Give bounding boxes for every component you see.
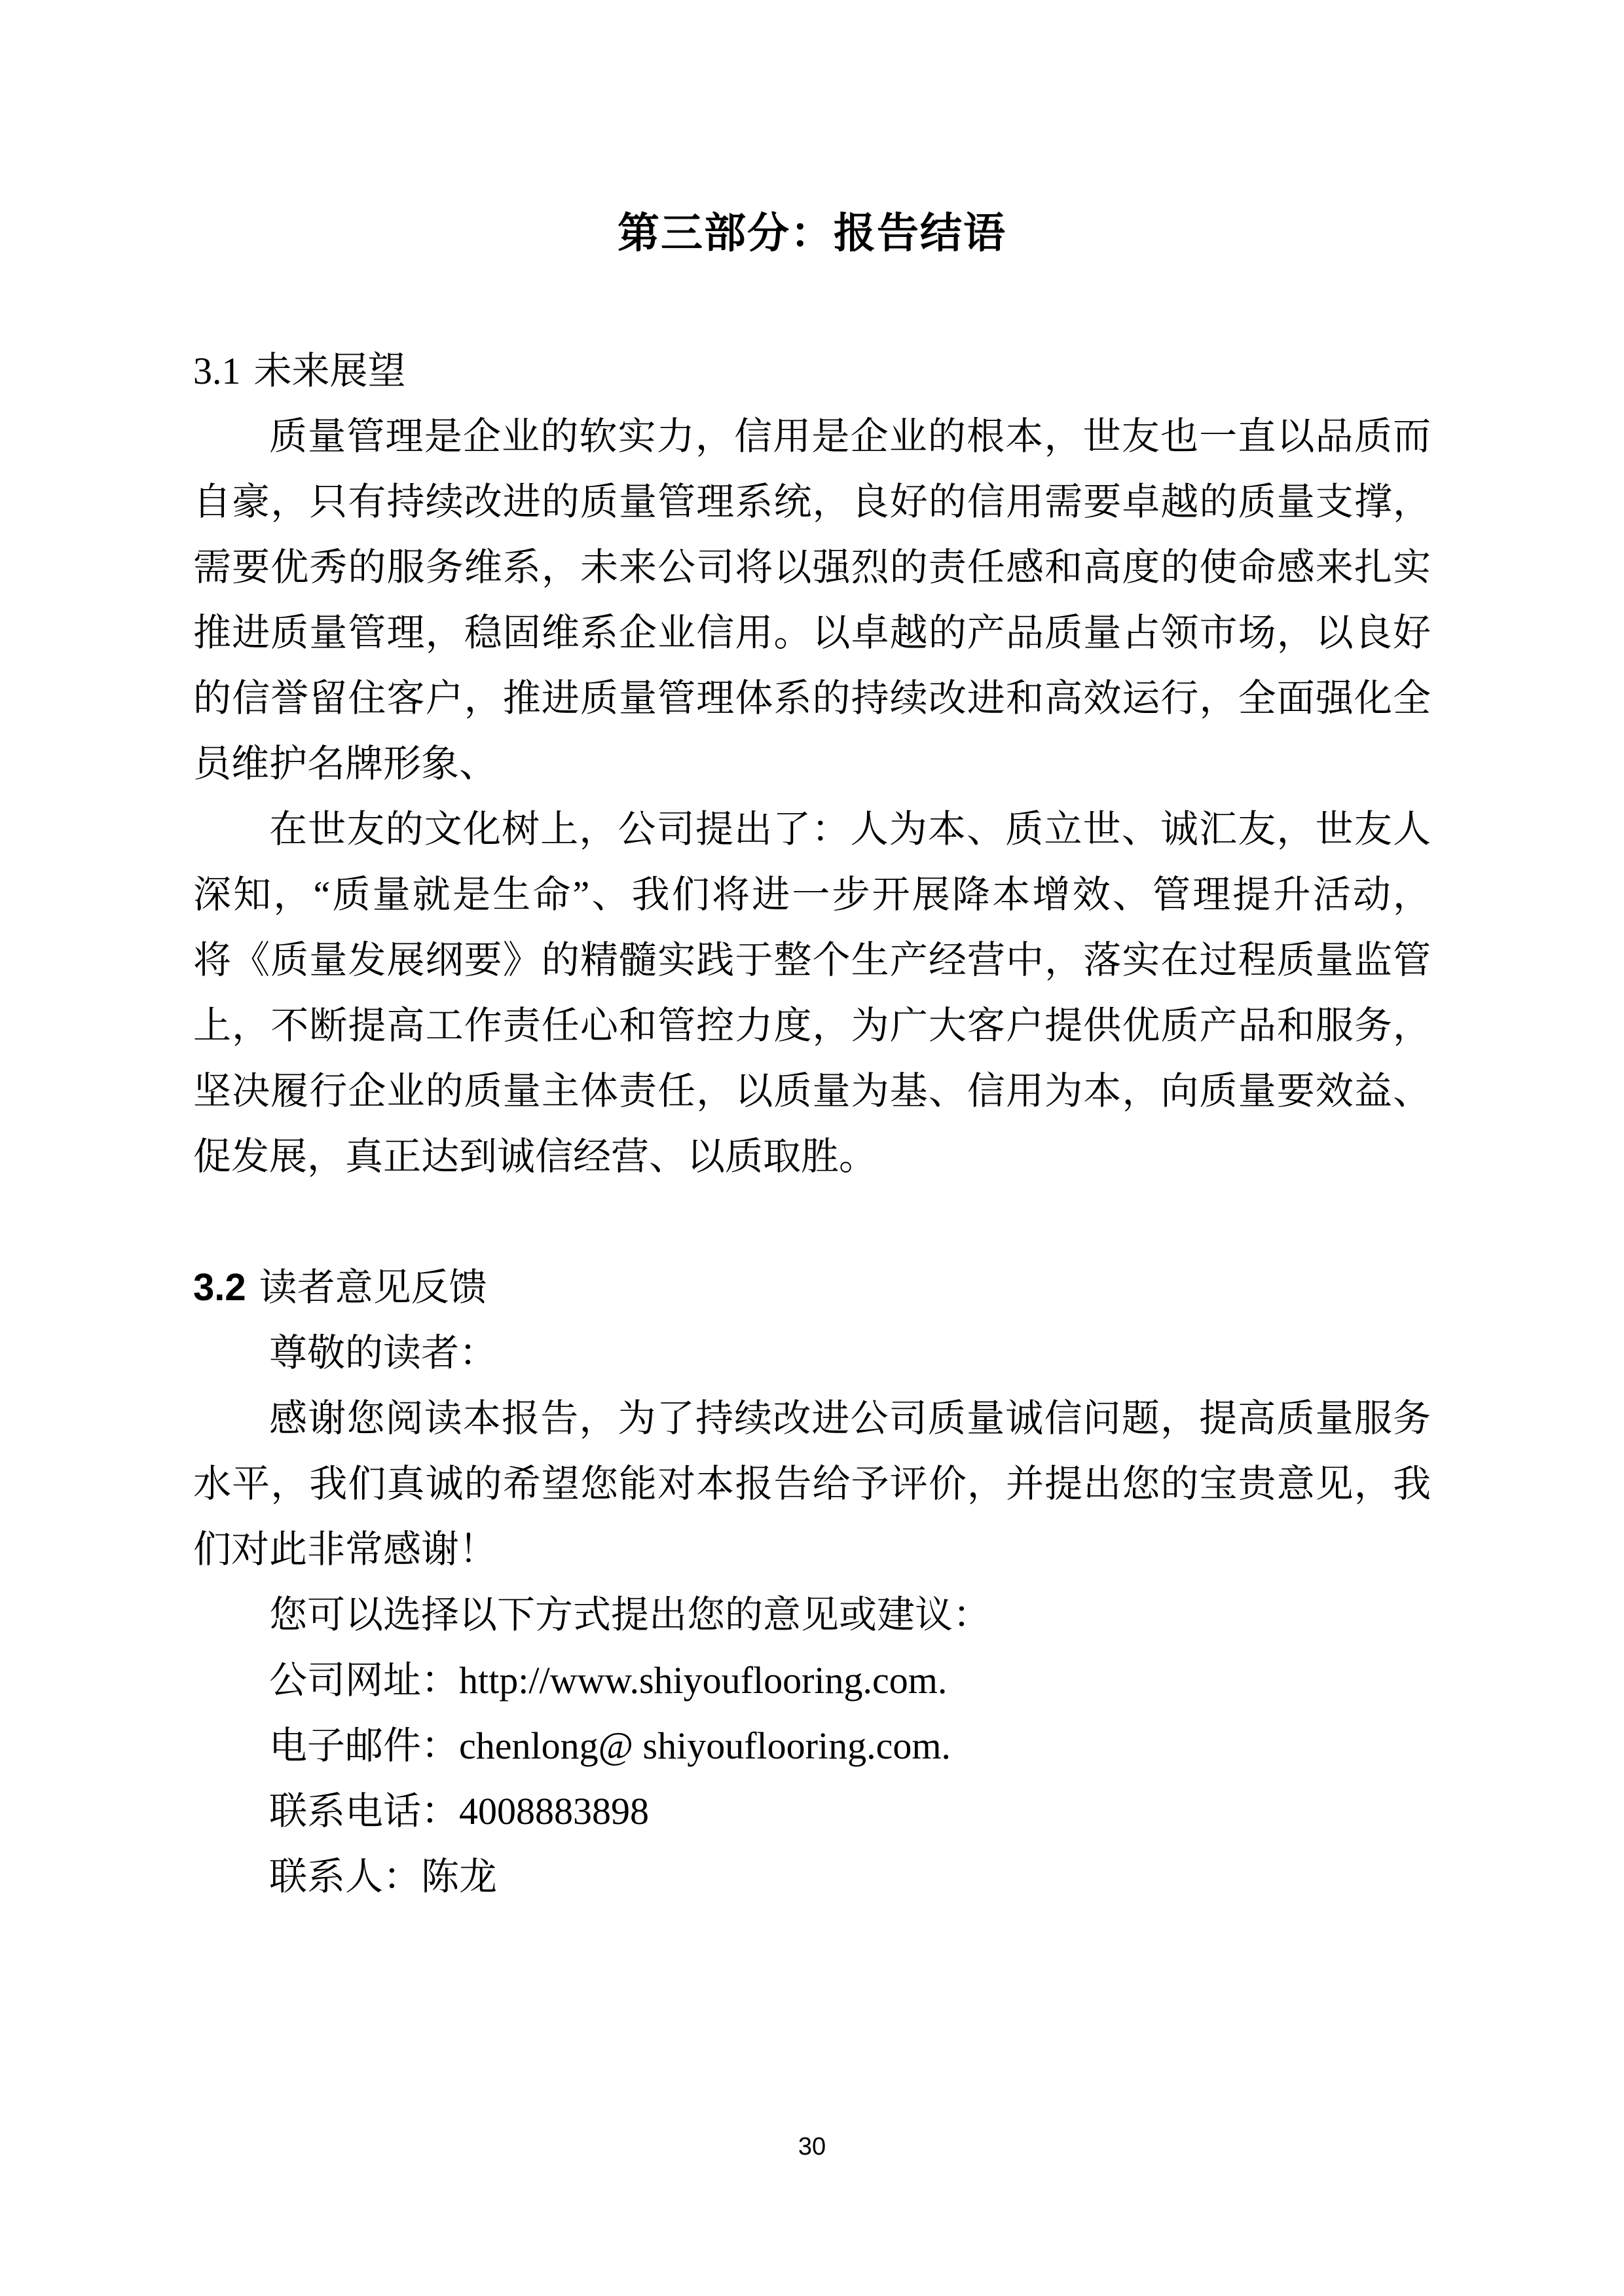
section-3-1-heading: 3.1未来展望 bbox=[193, 338, 1431, 404]
paragraph-line: 促发展，真正达到诚信经营、以质取胜。 bbox=[193, 1124, 1431, 1190]
paragraph-line: 上，不断提高工作责任心和管控力度，为广大客户提供优质产品和服务， bbox=[193, 993, 1431, 1059]
paragraph-line: 深知，“质量就是生命”、我们将进一步开展降本增效、管理提升活动， bbox=[193, 862, 1431, 928]
contact-website-value: http://www.shiyouflooring.com. bbox=[459, 1659, 947, 1702]
paragraph-line: 们对此非常感谢！ bbox=[193, 1517, 1431, 1582]
page-number: 30 bbox=[0, 2132, 1624, 2161]
spacer bbox=[193, 266, 1431, 338]
paragraph-line: 坚决履行企业的质量主体责任，以质量为基、信用为本，向质量要效益、 bbox=[193, 1059, 1431, 1124]
document-page: 第三部分：报告结语 3.1未来展望 质量管理是企业的软实力，信用是企业的根本，世… bbox=[0, 0, 1624, 2296]
section-3-1-number: 3.1 bbox=[193, 350, 241, 392]
paragraph-line: 自豪，只有持续改进的质量管理系统，良好的信用需要卓越的质量支撑， bbox=[193, 469, 1431, 535]
contact-website-label: 公司网址： bbox=[269, 1659, 459, 1702]
contact-email-label: 电子邮件： bbox=[269, 1724, 459, 1767]
section-3-1-title: 未来展望 bbox=[254, 350, 406, 392]
contact-person-value: 陈龙 bbox=[421, 1855, 497, 1898]
paragraph-line: 员维护名牌形象、 bbox=[193, 731, 1431, 797]
paragraph-line: 需要优秀的服务维系，未来公司将以强烈的责任感和高度的使命感来扎实 bbox=[193, 535, 1431, 600]
paragraph-line: 将《质量发展纲要》的精髓实践于整个生产经营中，落实在过程质量监管 bbox=[193, 928, 1431, 993]
contact-phone-value: 4008883898 bbox=[459, 1790, 649, 1832]
contact-phone-line: 联系电话：4008883898 bbox=[193, 1779, 1431, 1844]
section-3-2-title: 读者意见反馈 bbox=[259, 1266, 487, 1309]
paragraph-line: 感谢您阅读本报告，为了持续改进公司质量诚信问题，提高质量服务 bbox=[193, 1386, 1431, 1451]
spacer bbox=[193, 1190, 1431, 1255]
contact-website-line: 公司网址：http://www.shiyouflooring.com. bbox=[193, 1648, 1431, 1713]
contact-email-value: chenlong@ shiyouflooring.com. bbox=[459, 1724, 951, 1767]
section-3-2-number: 3.2 bbox=[193, 1266, 246, 1309]
paragraph-line: 在世友的文化树上，公司提出了：人为本、质立世、诚汇友，世友人 bbox=[193, 797, 1431, 862]
options-intro-line: 您可以选择以下方式提出您的意见或建议： bbox=[193, 1582, 1431, 1648]
page-content: 第三部分：报告结语 3.1未来展望 质量管理是企业的软实力，信用是企业的根本，世… bbox=[0, 0, 1624, 1910]
page-title: 第三部分：报告结语 bbox=[193, 201, 1431, 266]
contact-email-line: 电子邮件：chenlong@ shiyouflooring.com. bbox=[193, 1713, 1431, 1779]
paragraph-line: 推进质量管理，稳固维系企业信用。以卓越的产品质量占领市场，以良好 bbox=[193, 600, 1431, 666]
section-3-2-heading: 3.2读者意见反馈 bbox=[193, 1255, 1431, 1321]
paragraph-line: 水平，我们真诚的希望您能对本报告给予评价，并提出您的宝贵意见，我 bbox=[193, 1451, 1431, 1517]
contact-phone-label: 联系电话： bbox=[269, 1790, 459, 1832]
contact-person-label: 联系人： bbox=[269, 1855, 421, 1898]
paragraph-line: 的信誉留住客户，推进质量管理体系的持续改进和高效运行，全面强化全 bbox=[193, 666, 1431, 731]
salutation-line: 尊敬的读者： bbox=[193, 1321, 1431, 1386]
paragraph-line: 质量管理是企业的软实力，信用是企业的根本，世友也一直以品质而 bbox=[193, 404, 1431, 469]
contact-person-line: 联系人：陈龙 bbox=[193, 1844, 1431, 1910]
